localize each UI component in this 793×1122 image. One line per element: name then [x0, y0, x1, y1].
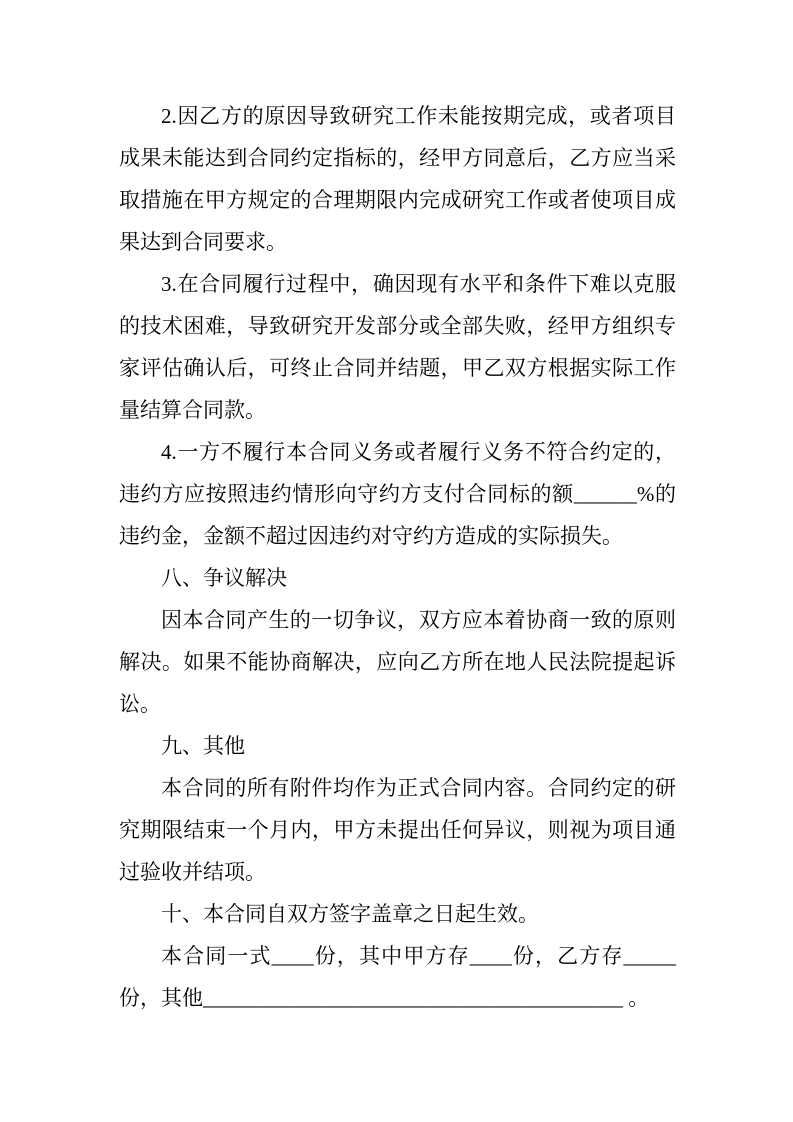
section-8-dispute-heading: 八、争议解决: [119, 557, 676, 599]
clause-4-breach-paragraph: 4.一方不履行本合同义务或者履行义务不符合约定的，违约方应按照违约情形向守约方支…: [119, 431, 676, 557]
document-page: 2.因乙方的原因导致研究工作未能按期完成，或者项目成果未能达到合同约定指标的，经…: [0, 0, 793, 1122]
contract-body: 2.因乙方的原因导致研究工作未能按期完成，或者项目成果未能达到合同约定指标的，经…: [119, 95, 676, 1019]
dispute-resolution-paragraph: 因本合同产生的一切争议，双方应本着协商一致的原则解决。如果不能协商解决，应向乙方…: [119, 599, 676, 725]
clause-10-effective-date-paragraph: 十、本合同自双方签字盖章之日起生效。: [119, 893, 676, 935]
attachments-acceptance-paragraph: 本合同的所有附件均作为正式合同内容。合同约定的研究期限结束一个月内，甲方未提出任…: [119, 767, 676, 893]
clause-2-paragraph: 2.因乙方的原因导致研究工作未能按期完成，或者项目成果未能达到合同约定指标的，经…: [119, 95, 676, 263]
section-9-other-heading: 九、其他: [119, 725, 676, 767]
copies-distribution-paragraph: 本合同一式____份，其中甲方存____份，乙方存_____份，其他______…: [119, 935, 676, 1019]
clause-3-paragraph: 3.在合同履行过程中，确因现有水平和条件下难以克服的技术困难，导致研究开发部分或…: [119, 263, 676, 431]
